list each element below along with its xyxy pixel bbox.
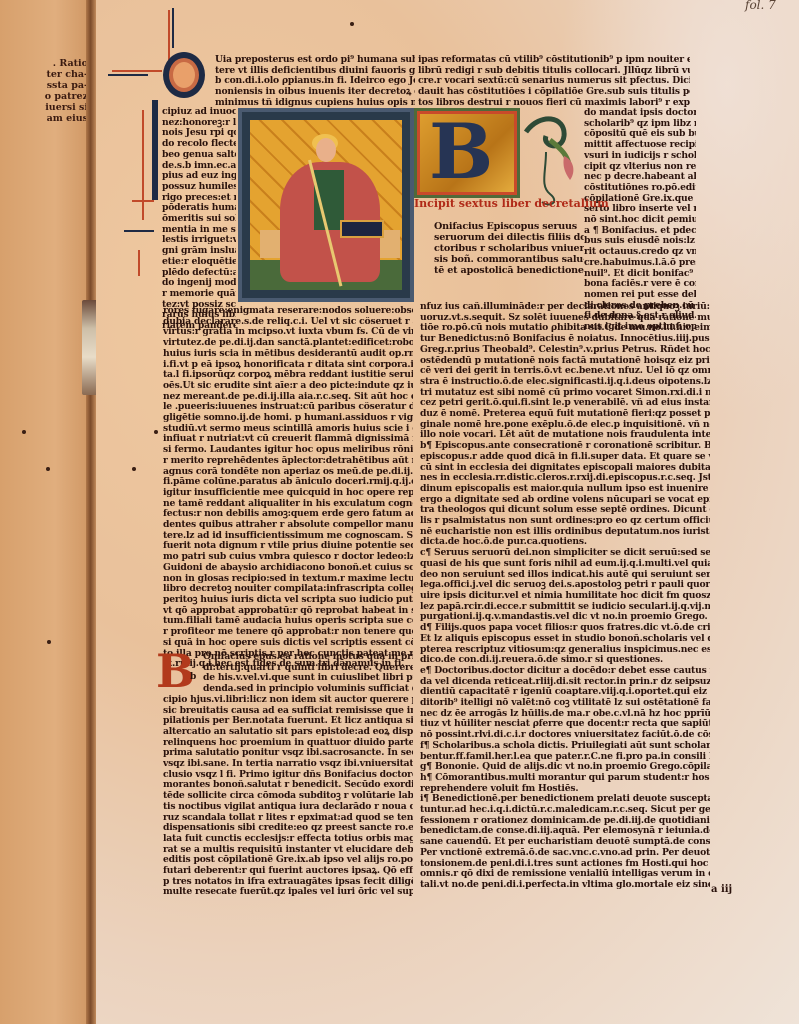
text-line: bentur.ff.famil.her.l.ea que pater.r.C.n… bbox=[420, 752, 710, 763]
text-line: illo noie vocari. Lēt aūt de mutatione n… bbox=[420, 430, 710, 441]
text-block-right-narrow: do mandat ipsis doctoribus r scholarib⁹ … bbox=[584, 108, 696, 333]
text-line: fessionem r orationez dominicam.de pe.di… bbox=[420, 816, 710, 827]
text-line: nuil⁹. Et dicit bonifac⁹ quasi bbox=[584, 269, 696, 280]
wormhole bbox=[46, 467, 50, 471]
text-line: seruorum dei dilectis filiis do- bbox=[434, 232, 584, 243]
text-line: lega.offici.j.vel dic seruoꝫ dei.s.apost… bbox=[420, 580, 710, 591]
text-line: ne tamē reddant aliqualiter in his excul… bbox=[163, 499, 413, 510]
text-line: tuntur.ad hec.i.q.i.dictū.r.c.maledicam.… bbox=[420, 805, 710, 816]
text-line: d¶ Filijs.quos papa vocet filios:r quos … bbox=[420, 623, 710, 634]
text-line: Et lz aliquis episcopus esset in studio … bbox=[420, 634, 710, 645]
text-line: do mandat ipsis doctoribus r bbox=[584, 108, 696, 119]
text-line: i.fi.vt p eā ipsoꝝ honorificata r ditata… bbox=[163, 360, 413, 371]
text-line: tri mutatuz est sibi nomē cū primo vocar… bbox=[420, 388, 710, 399]
fragment-line: o patrez bbox=[0, 91, 88, 102]
text-line: multe resecate fuerūt.qz ipales vel iuri… bbox=[163, 887, 413, 898]
fragment-line: ter cha- bbox=[0, 69, 88, 80]
text-line: tē et apostolicā benedictionez. bbox=[434, 265, 584, 276]
text-line: cōpositū quē eis sub bulla trāf bbox=[584, 129, 696, 140]
text-line: uoruz.vt.s.sequit. Sz solēt iuuenes dubi… bbox=[420, 313, 710, 324]
text-line: infiuat r nutriat:vt cū creuerit flammā … bbox=[163, 434, 413, 445]
text-line: tiuz vt hūiliter nesciat ρferre que doce… bbox=[420, 719, 710, 730]
text-line: nē eucharistie non est illis ordinibus d… bbox=[420, 527, 710, 538]
initial-letter: B bbox=[429, 107, 493, 197]
text-line: cōstitutiōnes ro.pō.editas post bbox=[584, 183, 696, 194]
text-line: etie:r eloquētie sup bbox=[162, 257, 236, 268]
text-line: huius iuris scia in mētibus desiderantū … bbox=[163, 349, 413, 360]
text-block-left-column: rores fugare:enigmata reserare:nodos sol… bbox=[163, 306, 413, 670]
text-line: reprehendere voluit fm Hostiēs. bbox=[420, 784, 710, 795]
text-line: lez papā.rcir.di.ecce.r submittit se iud… bbox=[420, 602, 710, 613]
text-line: rores fugare:enigmata reserare:nodos sol… bbox=[163, 306, 413, 317]
text-line: pilationis per Ber.notata fuerunt. Et li… bbox=[163, 716, 413, 727]
text-line: nes in ecclesia.rr.distic.cleros.r.rxij.… bbox=[420, 473, 710, 484]
text-line: agnus corā tondēte non aperiaz os meū.de… bbox=[163, 467, 413, 478]
text-line: relinquens hoc proemium in quattuor diui… bbox=[163, 738, 413, 749]
text-line: mo patri sub cuius vmbra quiesco r docto… bbox=[163, 552, 413, 563]
text-line: prima salutatio ponitur vsqz ibi.sacrosa… bbox=[163, 748, 413, 759]
text-line: tis noctibus vigilat antiqua iura declar… bbox=[163, 802, 413, 813]
text-line: cez petri gerit.ō.qui.fi.sint le.p vener… bbox=[420, 398, 710, 409]
left-page: . Ratio ter cha- ssta pa- o patrez iuers… bbox=[0, 0, 92, 1024]
wormhole bbox=[47, 640, 51, 644]
text-line: lis r psalmistatus non sunt ordines:pro … bbox=[420, 516, 710, 527]
text-line: sic breuitatis causa ad ea sufficiat rem… bbox=[163, 706, 413, 717]
text-line: lestis irriguet:vel re- bbox=[162, 235, 236, 246]
text-line: cū sint in ecclesia dei dignitates episc… bbox=[420, 463, 710, 474]
text-line: fuerit nota dignum r vtile prius diuine … bbox=[163, 541, 413, 552]
text-line: p tres notatos in ifra extrauagātes ipsa… bbox=[163, 877, 413, 888]
wormhole bbox=[132, 467, 136, 471]
text-block-proemium: Onifacius epus.ea ratione motus qua in p… bbox=[163, 652, 413, 898]
text-line: omnis.r qō dixi de remissione venialiū i… bbox=[420, 869, 710, 880]
text-block-right-top: ipas reformatas cū vtilib⁹ cōstitutionib… bbox=[418, 55, 690, 109]
text-line: bus suis eiusdē nois:lz ipse fue bbox=[584, 236, 696, 247]
text-line: si fermo. Laudantes igitur hoc opus meli… bbox=[163, 445, 413, 456]
text-block-top: Uia preposterus est ordo pi⁹ humana subs… bbox=[215, 55, 415, 109]
text-line: pōderatis humanis bbox=[162, 203, 236, 214]
miniature-portrait-illustration bbox=[238, 108, 414, 302]
text-line: Greg.r.prius Theobald⁹. Celestin⁹.v.priu… bbox=[420, 345, 710, 356]
text-line: r merito reprehēdentes āplector:detrahēt… bbox=[163, 456, 413, 467]
text-line: Onifacius epus.ea ratione motus qua in p… bbox=[163, 652, 413, 663]
text-line: tali.vt no.de peni.di.i.perfecta.in vlti… bbox=[420, 880, 710, 891]
text-line: altercatio an salutatio sit pars epistol… bbox=[163, 727, 413, 738]
text-line: virtutez.de pe.di.ij.dan sanctā.plantet:… bbox=[163, 338, 413, 349]
text-line: bona faciēs.r vere ē consonās bbox=[584, 279, 696, 290]
text-line: tiōe ro.pō.cū nois mutatio ρhibita sit.C… bbox=[420, 323, 710, 334]
text-line: tra theologos qui dicunt solum esse sept… bbox=[420, 505, 710, 516]
text-line: si quā in hoc opere suis dictis vel scri… bbox=[163, 638, 413, 649]
text-line: ergo a dignitate sed ab ordine volens nū… bbox=[420, 495, 710, 506]
text-line: r profiteor me tenere qō approbat:r non … bbox=[163, 627, 413, 638]
signature-mark: a iij bbox=[711, 884, 732, 895]
book-icon bbox=[340, 220, 384, 238]
text-line: igitur insufficientie mee quicquid in ho… bbox=[163, 488, 413, 499]
text-line: libro decretoꝫ nouiter compilata:infrasc… bbox=[163, 584, 413, 595]
text-line: dientiū capacitatē r igeniū coaptare.vii… bbox=[420, 687, 710, 698]
text-line: Per vnctionē extremā.ō.de sac.vnc.c.vno.… bbox=[420, 848, 710, 859]
text-line: tere vt illis deficientibus diuini fauor… bbox=[215, 66, 415, 77]
text-line: dico.de con.di.ij.reuera.ō.de simo.r si … bbox=[420, 655, 710, 666]
text-line: i¶ Benedictionē.per benedictionem prelat… bbox=[420, 794, 710, 805]
folio-number: fol. 7 bbox=[745, 0, 776, 12]
text-line: tonsionem.de peni.di.i.tres sunt actione… bbox=[420, 859, 710, 870]
text-line: deo non seruiunt sed illos indicat.his a… bbox=[420, 570, 710, 581]
text-line: morantes bonoñ.salutat r benedicit. Secū… bbox=[163, 780, 413, 791]
fragment-line: . Ratio bbox=[0, 58, 88, 69]
text-line: dispensationis sibi credite:eo qz preest… bbox=[163, 823, 413, 834]
text-line: purgationi.ij.q.v.mandastis.vel dic vt n… bbox=[420, 612, 710, 623]
text-line: dicta.de hoc.ō.de pur.ca.quotiens. bbox=[420, 537, 710, 548]
text-line: fi.pāme colūne.paratus ab āniculo doceri… bbox=[163, 477, 413, 488]
text-line: Onifacius Episcopus seruus bbox=[434, 221, 584, 232]
text-line: tur Benedictus:nō Bonifacius ē noiatus. … bbox=[420, 334, 710, 345]
text-line: beo genua salte coz bbox=[162, 150, 236, 161]
wormhole bbox=[350, 22, 354, 26]
text-line: rigo preces:et non bbox=[162, 193, 236, 204]
rubric-heading: Incipit sextus liber decretalium bbox=[414, 197, 609, 210]
text-line: pius ad euz ingruz bbox=[162, 171, 236, 182]
text-line: nō possint.rlvi.di.c.i.r doctores vniuer… bbox=[420, 730, 710, 741]
text-line: Uia preposterus est ordo pi⁹ humana subs… bbox=[215, 55, 415, 66]
text-line: ditorib⁹ itelligi nō valēt:nō coꝫ vtilit… bbox=[420, 698, 710, 709]
text-line: duz ē nomē. Preterea equū fuit mutationē… bbox=[420, 409, 710, 420]
text-line: nomen rei put esse debet.ex. bbox=[584, 290, 696, 301]
text-line: vsqz ibi.sane. In tertia narratio vsqz i… bbox=[163, 759, 413, 770]
text-line: cre.r vocari sextū:cū senarius numerus s… bbox=[418, 76, 690, 87]
text-line: studiū.vt sermo meus scintillā amoris hu… bbox=[163, 424, 413, 435]
left-page-text-fragment: . Ratio ter cha- ssta pa- o patrez iuers… bbox=[0, 58, 88, 124]
illuminated-initial-o-icon bbox=[155, 50, 213, 100]
text-line: do recolo flectere ō bbox=[162, 139, 236, 150]
text-line: librū redigi r sub debitis titulis collo… bbox=[418, 66, 690, 77]
text-line: ruz scandala tollat r lites r epximat:ad… bbox=[163, 813, 413, 824]
wormhole bbox=[154, 430, 158, 434]
text-line: pterea rescriptuz vitiosum:qz generalius… bbox=[420, 645, 710, 656]
fragment-line: ssta pa- bbox=[0, 80, 88, 91]
text-line: gligētie somno.ij.de homi. p humani.assi… bbox=[163, 413, 413, 424]
text-line: de his.v.vel.vi.que sunt in cuiuslibet l… bbox=[163, 673, 413, 684]
text-line: oēs.Ut sic erudite sint aīe:r a deo pict… bbox=[163, 381, 413, 392]
text-line: editis post cōpilationē Gre.ix.ab ipso v… bbox=[163, 855, 413, 866]
text-line: mittit affectuose recipiant illo bbox=[584, 140, 696, 151]
text-line: scholarib⁹ qz ipm libz mature bbox=[584, 119, 696, 130]
text-line: di:tertij:quarti r quinti libri decre. Q… bbox=[163, 663, 413, 674]
text-line: sis boñ. commorantibus salu- bbox=[434, 254, 584, 265]
text-line: lata fuit cunctis ecclesijs:r effecta to… bbox=[163, 834, 413, 845]
text-line: dubia declarare.s.de reliq.c.i. Uel vt s… bbox=[163, 317, 413, 328]
salutation-block: Onifacius Episcopus seruus seruorum dei … bbox=[434, 221, 584, 276]
text-line: de.s.b imn.ec.acet bbox=[162, 161, 236, 172]
text-line: nez:honoreꝫ:r laudē bbox=[162, 118, 236, 129]
text-line: le .pueeris:iuuenes instruat:cū paribus … bbox=[163, 402, 413, 413]
text-line: nec dz ēe arrogās lz hūilis.de ma.r obe.… bbox=[420, 709, 710, 720]
text-line: tum.filiali tamē audacia huius operis sc… bbox=[163, 616, 413, 627]
text-line: ostēdendū p mutationē nois factā mutatio… bbox=[420, 356, 710, 367]
text-line: rat se a multis requisitū instanter vt e… bbox=[163, 845, 413, 856]
wormhole bbox=[22, 430, 26, 434]
text-line: da vel dicenda reticeat.rliij.di.sit rec… bbox=[420, 677, 710, 688]
text-line: rit octauus.credo qz vnicaz de bbox=[584, 247, 696, 258]
text-line: c¶ Seruus seruorū dei.non simpliciter se… bbox=[420, 548, 710, 559]
text-line: vt qō approbat approbatū:r qō reprobat h… bbox=[163, 606, 413, 617]
text-line: cipio hjus.vi.libri:licz non idem sit au… bbox=[163, 695, 413, 706]
text-line: cipit qz vlterius non recipiant bbox=[584, 162, 696, 173]
text-line: b¶ Episcopus.ante consecrationē r corona… bbox=[420, 441, 710, 452]
text-line: noniensis in oibus inuenis iter decretoꝝ… bbox=[215, 87, 415, 98]
text-line: denda.sed in principio voluminis suffici… bbox=[163, 684, 413, 695]
text-line: clusio vsqz l fi. Primo igitur dñs Bonif… bbox=[163, 770, 413, 781]
text-line: plēdo defectū:augē bbox=[162, 268, 236, 279]
text-line: tēde sollicite circa cōmoda subditoꝫ r v… bbox=[163, 791, 413, 802]
text-line: nec p decre.habeant aliquas bbox=[584, 172, 696, 183]
text-line: vsuri in iudicijs r scholis:r pre bbox=[584, 151, 696, 162]
text-line: dauit has cōstitutiōes i cōpilatiōe Gre.… bbox=[418, 87, 690, 98]
text-line: f¶ Scholaribus.a schola dictis. Priuileg… bbox=[420, 741, 710, 752]
text-line: nfuz ius cañ.illumināde:r per declaratio… bbox=[420, 302, 710, 313]
text-line: non in glosas recipio:sed in textum.r ma… bbox=[163, 574, 413, 585]
text-line: sane cauendū. Et per eucharistiam deuotē… bbox=[420, 837, 710, 848]
text-line: g¶ Bononie. Quid de alijs.dic vt no.in p… bbox=[420, 762, 710, 773]
text-line: Guidoni de abaysio archidiacono bonoñ.et… bbox=[163, 563, 413, 574]
text-line: nez mereant.de pe.di.ij.illa aia.r.c.seq… bbox=[163, 392, 413, 403]
text-line: do ingenij modulūz bbox=[162, 278, 236, 289]
text-line: futari deberent:r qui fuerint auctores i… bbox=[163, 866, 413, 877]
text-line: e¶ Doctoribus.doctor dicitur a docēdo:r … bbox=[420, 666, 710, 677]
text-line: dentes quibus attraher r absolute compel… bbox=[163, 520, 413, 531]
text-line: dinum episcopalis est maior.quia nullum … bbox=[420, 484, 710, 495]
text-line: ipas reformatas cū vtilib⁹ cōstitutionib… bbox=[418, 55, 690, 66]
text-line: nois Jesu rpi qo ā bbox=[162, 128, 236, 139]
text-line: fectus:r non debilis amoꝫ:quem erde gero… bbox=[163, 509, 413, 520]
text-line: cre.habuimus.l.ā.ō presump- bbox=[584, 258, 696, 269]
text-line: ginale nomē hre.pone exēplu.ō.de elec.p … bbox=[420, 420, 710, 431]
text-line: cipiuz ad inuocatio bbox=[162, 107, 236, 118]
fragment-line: am eius bbox=[0, 113, 88, 124]
text-line: uire ipsis dicitur.vel et nimia humilita… bbox=[420, 591, 710, 602]
text-line: nō sint.hoc dicit ρemium. bbox=[584, 215, 696, 226]
text-line: r memorie quātita- bbox=[162, 289, 236, 300]
text-line: tere.lz ad id insufficientissimum me cog… bbox=[163, 531, 413, 542]
text-line: episcopus.r adde quod dicā in fi.li.supe… bbox=[420, 452, 710, 463]
fragment-line: iuersi si bbox=[0, 102, 88, 113]
text-line: ōmeritis sui sola de bbox=[162, 214, 236, 225]
text-line: ta.l fi.ipsorūqz corpoꝝ mēbra reddant iu… bbox=[163, 370, 413, 381]
text-line: mentia in me sui ce bbox=[162, 225, 236, 236]
text-line: h¶ Cōmorantibus.multi morantur qui parum… bbox=[420, 773, 710, 784]
text-line: b con.di.i.olo ρpianus.in fi. Ideirco eg… bbox=[215, 76, 415, 87]
text-line: minimus tñ idignus cupiens huius opis me… bbox=[215, 98, 415, 109]
text-line: cē veri dei gerit in terris.ō.vt ec.bene… bbox=[420, 366, 710, 377]
text-line: virtus:r gratia in mcipso.vt iuxta vbum … bbox=[163, 327, 413, 338]
text-line: stra ē instructio.ō.de elec.significasti… bbox=[420, 377, 710, 388]
text-line: quasi de his que sunt foris nihil ad eum… bbox=[420, 559, 710, 570]
text-block-commentary: nfuz ius cañ.illumināde:r per declaratio… bbox=[420, 302, 710, 891]
text-line: a ¶ Bonifacius. et pdecessori bbox=[584, 226, 696, 237]
illuminated-initial-b-icon: B bbox=[414, 108, 520, 198]
text-line: possuz humiles poi bbox=[162, 182, 236, 193]
text-block-narrow-left: cipiuz ad inuocatio nez:honoreꝫ:r laudē … bbox=[162, 107, 236, 332]
red-initial-b: Bb bbox=[156, 648, 195, 694]
text-line: gni grām insluat sci bbox=[162, 246, 236, 257]
text-line: benedictam.de conse.di.iij.aquā. Per ele… bbox=[420, 826, 710, 837]
text-line: ctoribus r scholaribus vniuer- bbox=[434, 243, 584, 254]
text-line: peritoꝫ huius iuris dicta vel scripta su… bbox=[163, 595, 413, 606]
book-gutter bbox=[86, 0, 96, 1024]
